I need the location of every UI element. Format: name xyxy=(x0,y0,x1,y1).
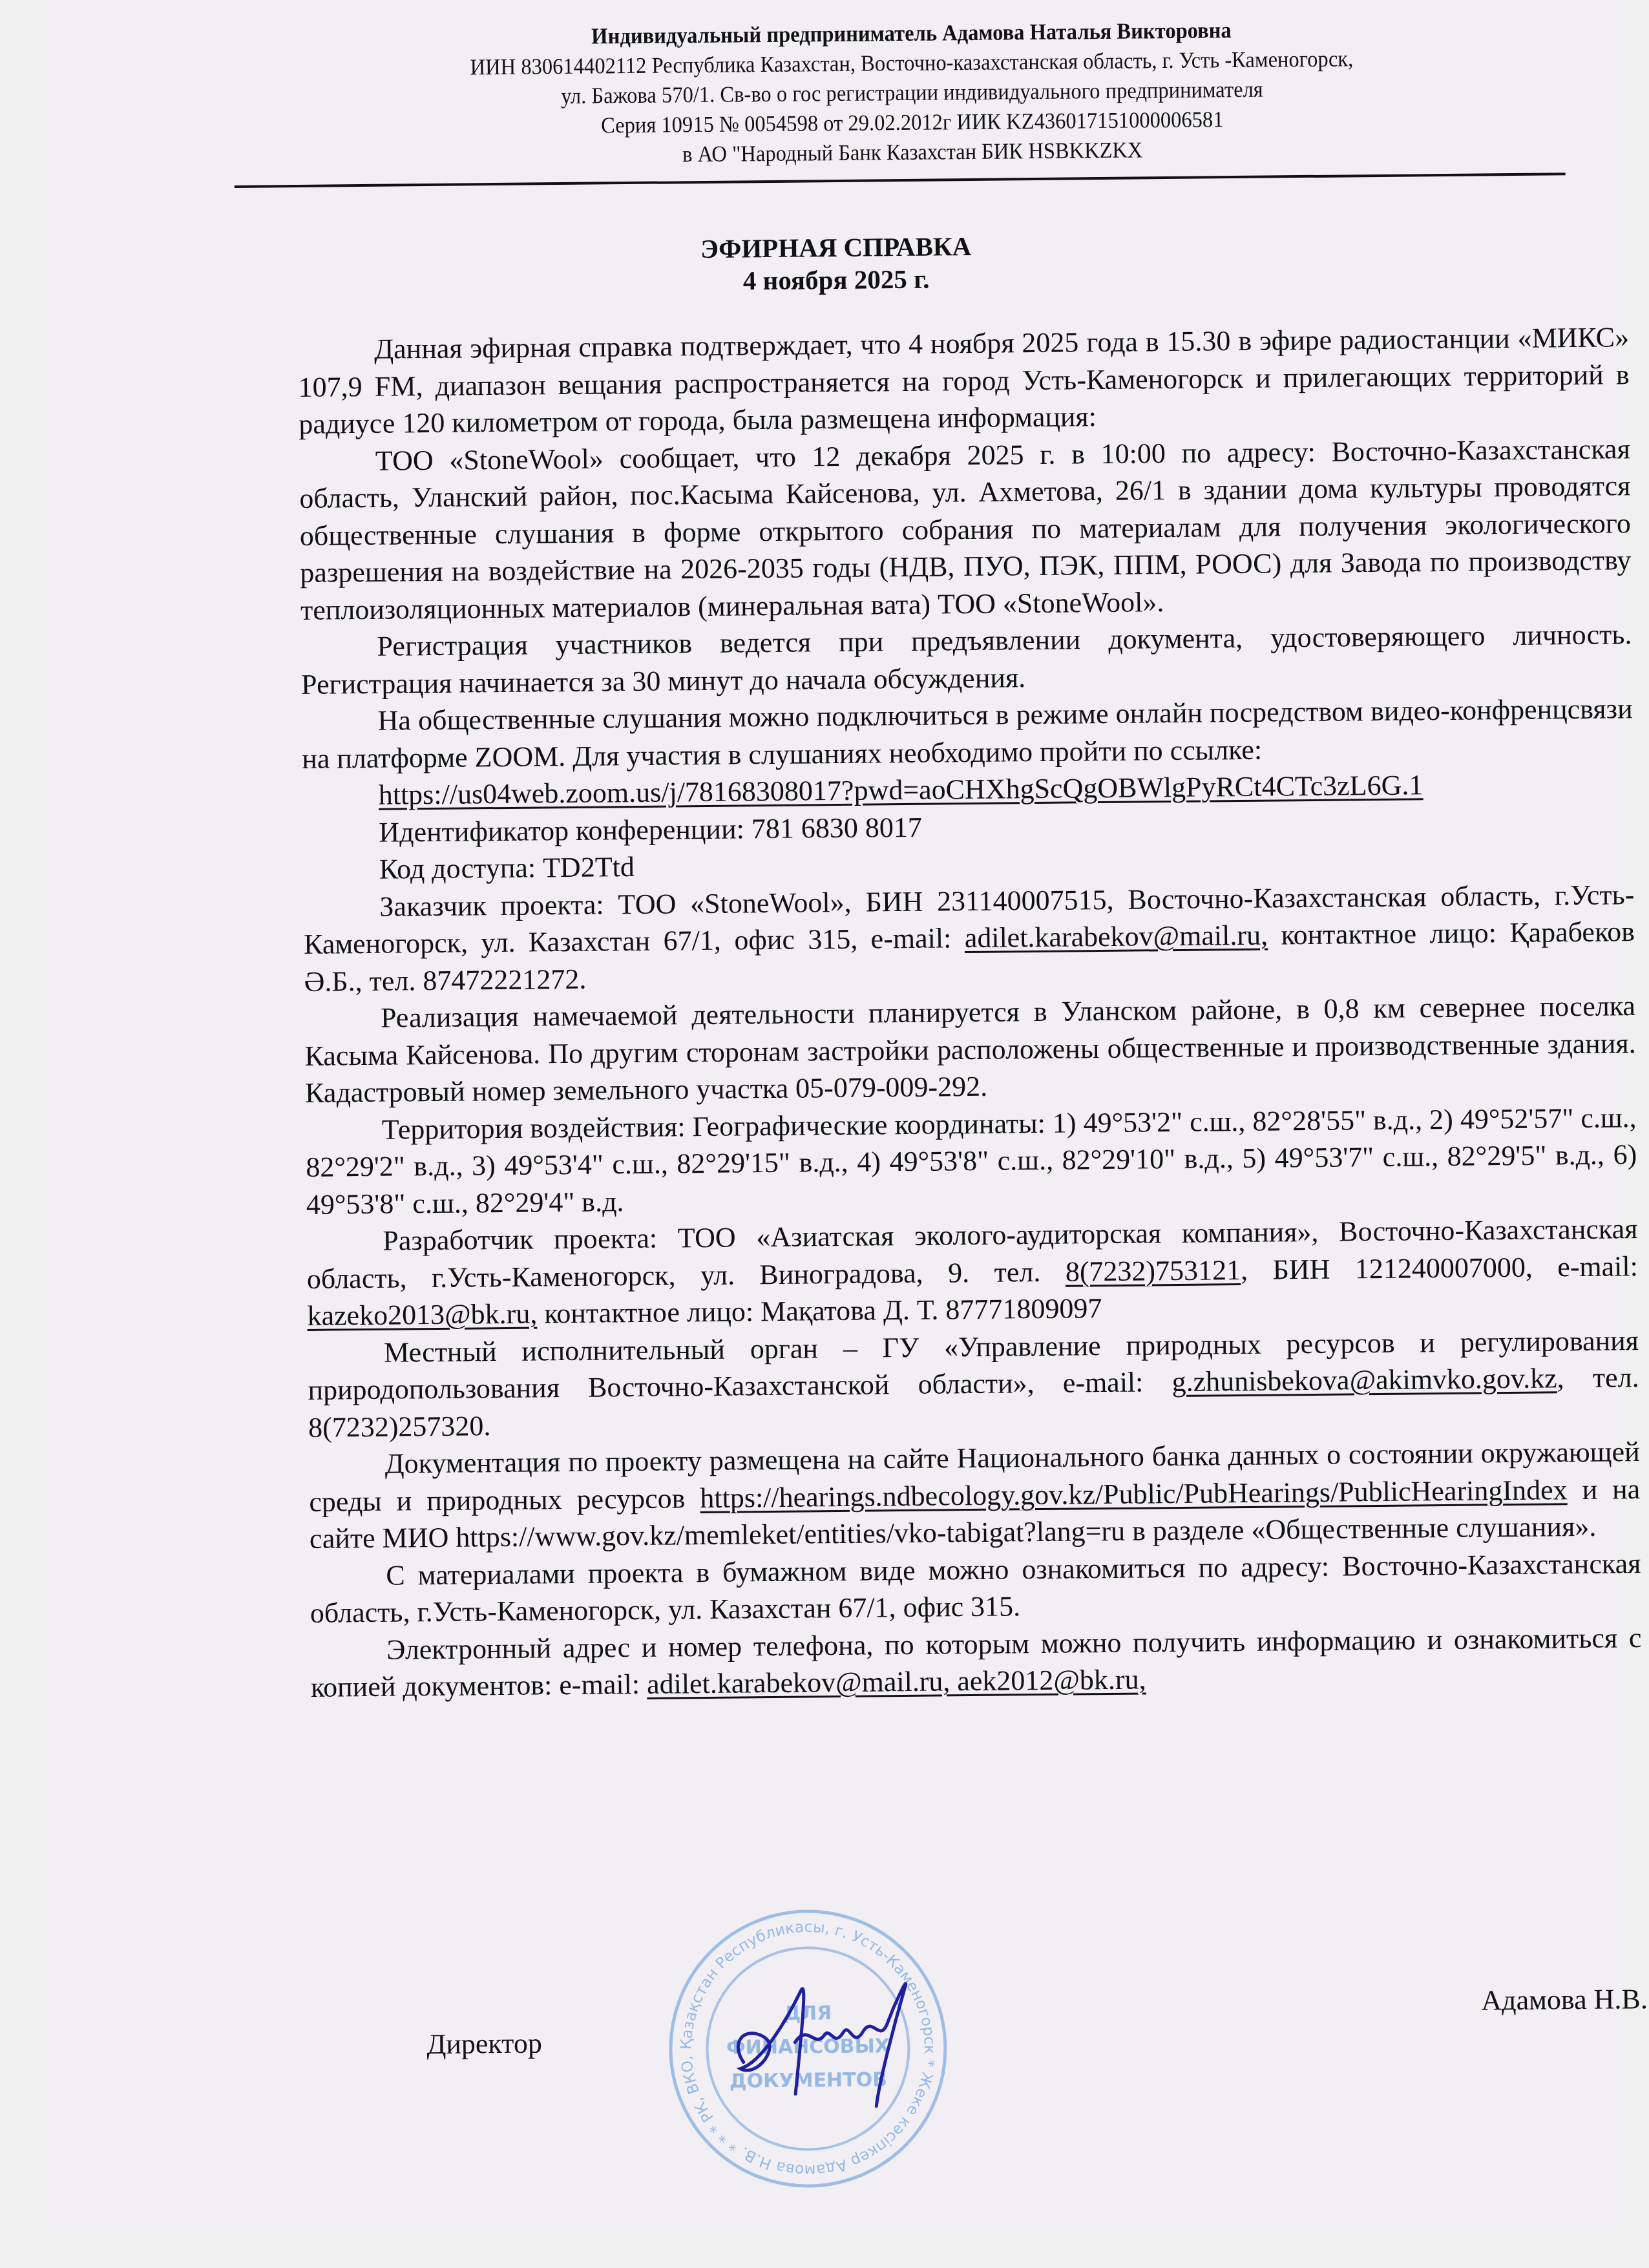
document-body: Данная эфирная справка подтверждает, что… xyxy=(298,319,1642,1706)
paragraph-customer: Заказчик проекта: ТОО «StoneWool», БИН 2… xyxy=(303,876,1635,1000)
paragraph-certificate: Данная эфирная справка подтверждает, что… xyxy=(298,319,1630,443)
letterhead: Индивидуальный предприниматель Адамова Н… xyxy=(286,13,1538,174)
page-content: Индивидуальный предприниматель Адамова Н… xyxy=(45,0,1643,2240)
paragraph-contacts: Электронный адрес и номер телефона, по к… xyxy=(310,1619,1642,1706)
handwritten-signature xyxy=(717,1964,925,2134)
signatory-name: Адамова Н.В. xyxy=(1481,1982,1648,2017)
developer-contact: контактное лицо: Мақатова Д. Т. 87771809… xyxy=(537,1292,1102,1329)
paragraph-announcement: ТОО «StoneWool» сообщает, что 12 декабря… xyxy=(299,430,1632,629)
document-title: ЭФИРНАЯ СПРАВКА 4 ноября 2025 г. xyxy=(47,224,1624,303)
paragraph-online: На общественные слушания можно подключит… xyxy=(301,690,1633,777)
paragraph-mio: Местный исполнительный орган – ГУ «Управ… xyxy=(308,1322,1640,1446)
paragraph-coordinates: Территория воздействия: Географические к… xyxy=(305,1099,1637,1223)
developer-email-link[interactable]: kazeko2013@bk.ru, xyxy=(307,1297,537,1331)
paragraph-developer: Разработчик проекта: ТОО «Азиатская экол… xyxy=(306,1210,1639,1334)
letterhead-divider xyxy=(235,173,1566,188)
signature-block: Директор Адамова Н.В. xyxy=(426,1982,1648,1994)
zoom-link[interactable]: https://us04web.zoom.us/j/78168308017?pw… xyxy=(379,769,1423,811)
paragraph-location: Реализация намечаемой деятельности плани… xyxy=(304,987,1637,1111)
customer-email-link[interactable]: adilet.karabekov@mail.ru, xyxy=(965,919,1268,954)
scanned-page: Индивидуальный предприниматель Адамова Н… xyxy=(45,0,1622,2232)
paragraph-documentation: Документация по проекту размещена на сай… xyxy=(308,1433,1641,1557)
paragraph-paper-materials: С материалами проекта в бумажном виде мо… xyxy=(310,1545,1641,1632)
developer-phone: 8(7232)753121 xyxy=(1065,1254,1241,1288)
contact-emails-link[interactable]: adilet.karabekov@mail.ru, aek2012@bk.ru, xyxy=(647,1663,1146,1699)
developer-bin: , БИН 121240007000, e-mail: xyxy=(1241,1250,1638,1286)
signatory-position: Директор xyxy=(426,2026,542,2061)
mio-email-link[interactable]: g.zhunisbekova@akimvko.gov.kz xyxy=(1171,1362,1557,1398)
paragraph-registration: Регистрация участников ведется при предъ… xyxy=(300,616,1632,703)
ndbecology-link[interactable]: https://hearings.ndbecology.gov.kz/Publi… xyxy=(700,1474,1568,1514)
